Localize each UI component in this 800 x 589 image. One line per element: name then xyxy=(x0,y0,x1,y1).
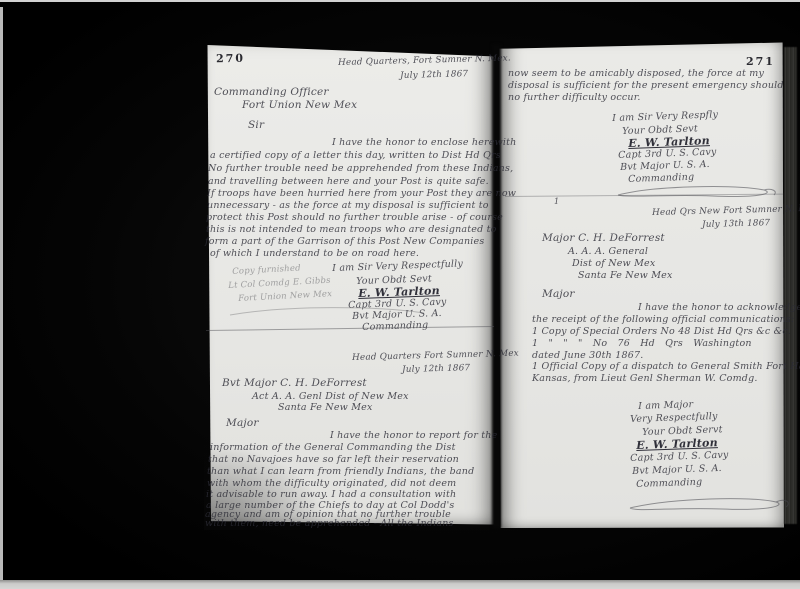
address-line: Santa Fe New Mex xyxy=(578,270,673,281)
handwritten-line: I have the honor to report for the xyxy=(330,430,497,441)
handwritten-line: the receipt of the following official co… xyxy=(532,314,794,325)
address-line: A. A. A. General xyxy=(568,246,648,257)
handwritten-line: and travelling between here and your Pos… xyxy=(208,176,489,187)
handwritten-line: a certified copy of a letter this day, w… xyxy=(210,150,501,161)
address-line: Bvt Major C. H. DeForrest xyxy=(222,377,367,389)
film-edge-bottom xyxy=(0,580,800,589)
salutation: Major xyxy=(226,417,259,429)
page-number-right: 271 xyxy=(746,55,775,68)
handwritten-line: dated June 30th 1867. xyxy=(532,350,643,361)
handwritten-line: protect this Post should no further trou… xyxy=(206,212,503,223)
handwritten-line: If troops have been hurried here from yo… xyxy=(207,188,516,199)
handwritten-line: now seem to be amicably disposed, the fo… xyxy=(508,68,764,79)
handwritten-line: that no Navajoes have so far left their … xyxy=(208,454,459,465)
handwritten-line: 1 Official Copy of a dispatch to General… xyxy=(532,361,800,372)
item-mark: 1 xyxy=(554,197,559,206)
closing-line: Commanding xyxy=(628,172,694,185)
address-line: Major C. H. DeForrest xyxy=(542,232,665,244)
handwritten-line: with them, need be apprehended - All the… xyxy=(205,518,454,529)
address-line: Act A. A. Genl Dist of New Mex xyxy=(252,391,409,402)
address-line: Santa Fe New Mex xyxy=(278,402,373,413)
handwritten-line: Kansas, from Lieut Genl Sherman W. Comdg… xyxy=(532,373,758,384)
address-line: Commanding Officer xyxy=(214,86,329,98)
handwritten-line: no further difficulty occur. xyxy=(508,92,641,103)
handwritten-line: 1 " " " No 76 Hd Qrs Washington xyxy=(532,338,752,349)
film-edge-left xyxy=(0,7,3,580)
closing-line: I am Major xyxy=(638,399,693,412)
handwritten-line: I have the honor to acknowledge xyxy=(638,302,800,313)
handwritten-line: it advisable to run away. I had a consul… xyxy=(206,489,456,500)
dateline-date: July 13th 1867 xyxy=(702,218,770,230)
film-edge-top xyxy=(0,0,800,2)
book-gutter xyxy=(492,44,501,528)
handwritten-line: I have the honor to enclose herewith xyxy=(332,137,516,148)
handwritten-line: 1 Copy of Special Orders No 48 Dist Hd Q… xyxy=(532,326,791,337)
dateline-date: July 12th 1867 xyxy=(400,69,468,81)
salutation: Sir xyxy=(248,119,264,131)
address-line: Dist of New Mex xyxy=(572,258,655,269)
handwritten-line: with whom the difficulty originated, did… xyxy=(207,478,456,489)
handwritten-line: disposal is sufficient for the present e… xyxy=(508,80,784,91)
book-page-edges xyxy=(784,47,797,524)
page-number-left: 270 xyxy=(216,52,245,66)
handwritten-line: information of the General Commanding th… xyxy=(210,442,456,453)
salutation: Major xyxy=(542,288,575,300)
closing-line: Commanding xyxy=(636,477,702,490)
address-line: Fort Union New Mex xyxy=(242,99,357,111)
handwritten-line: of which I understand to be on road here… xyxy=(210,248,419,259)
dateline-date: July 12th 1867 xyxy=(402,363,470,375)
handwritten-line: this is not intended to mean troops who … xyxy=(206,224,497,235)
handwritten-line: than what I can learn from friendly Indi… xyxy=(207,466,474,477)
handwritten-line: form a part of the Garrison of this Post… xyxy=(205,236,484,247)
microfilm-scan: 270 271 Head Quarters, Fort Sumner N. Me… xyxy=(0,0,800,589)
handwritten-line: No further trouble need be apprehended f… xyxy=(208,163,513,174)
handwritten-line: unnecessary - as the force at my disposa… xyxy=(207,200,489,211)
